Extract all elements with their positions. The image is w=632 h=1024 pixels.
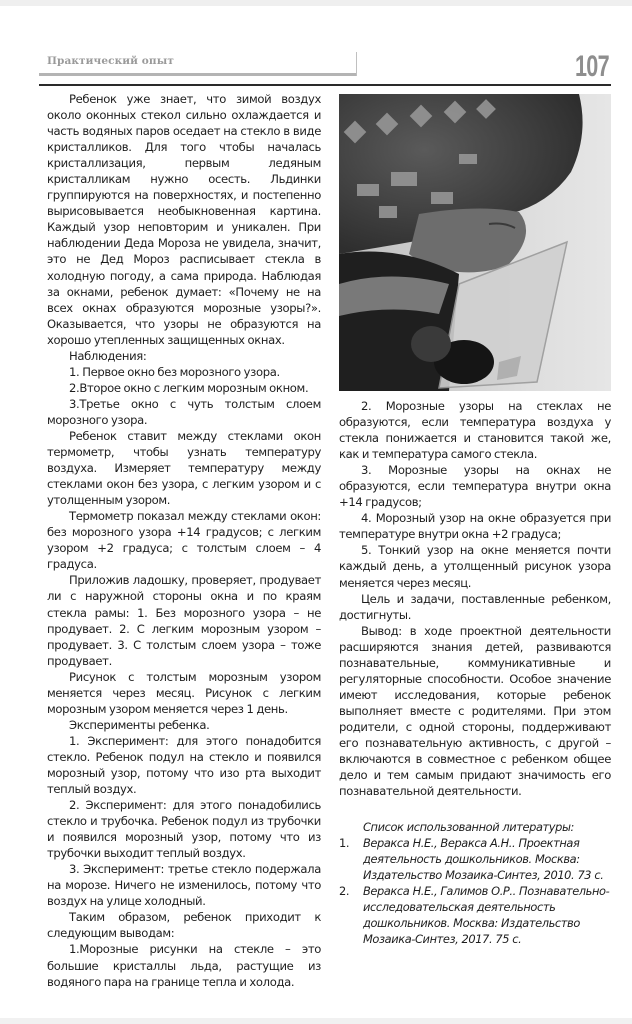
header-underline-bar bbox=[39, 73, 357, 76]
reference-number: 2. bbox=[339, 883, 349, 899]
reference-text: Веракса Н.Е., Галимов О.Р.. Познавательн… bbox=[363, 884, 609, 946]
observations-heading: Наблюдения: bbox=[47, 348, 321, 364]
photo-image bbox=[339, 94, 611, 391]
body-paragraph: Термометр показал между стеклами окон: б… bbox=[47, 508, 321, 572]
reference-item: 2. Веракса Н.Е., Галимов О.Р.. Познавате… bbox=[339, 883, 611, 947]
experiment-item: 1. Эксперимент: для этого понадобится ст… bbox=[47, 733, 321, 797]
reference-number: 1. bbox=[339, 835, 349, 851]
header-bar-tick bbox=[356, 52, 357, 76]
left-column: Ребенок уже знает, что зимой воздух окол… bbox=[47, 91, 321, 990]
section-title: Практический опыт bbox=[47, 55, 174, 67]
body-paragraph: Таким образом, ребенок приходит к следую… bbox=[47, 909, 321, 941]
reference-item: 1. Веракса Н.Е., Веракса А.Н.. Проектная… bbox=[339, 835, 611, 883]
right-column: 2. Морозные узоры на стеклах не образуют… bbox=[339, 398, 611, 799]
experiments-heading: Эксперименты ребенка. bbox=[47, 717, 321, 733]
conclusion-item: 5. Тонкий узор на окне меняется почти ка… bbox=[339, 542, 611, 590]
child-with-glass-photo-icon bbox=[339, 94, 611, 391]
references-list: 1. Веракса Н.Е., Веракса А.Н.. Проектная… bbox=[339, 835, 611, 947]
body-paragraph: Ребенок ставит между стеклами окон термо… bbox=[47, 428, 321, 508]
goal-paragraph: Цель и задачи, поставленные ребенком, до… bbox=[339, 591, 611, 623]
bottom-edge-strip bbox=[0, 1018, 632, 1024]
intro-paragraph: Ребенок уже знает, что зимой воздух окол… bbox=[47, 91, 321, 348]
experiment-item: 2. Эксперимент: для этого понадобились с… bbox=[47, 797, 321, 861]
summary-paragraph: Вывод: в ходе проектной деятельности рас… bbox=[339, 623, 611, 800]
reference-text: Веракса Н.Е., Веракса А.Н.. Проектная де… bbox=[363, 836, 603, 882]
conclusion-item: 3. Морозные узоры на окнах не образуются… bbox=[339, 462, 611, 510]
top-edge-strip bbox=[0, 0, 632, 6]
body-paragraph: Рисунок с толстым морозным узором меняет… bbox=[47, 669, 321, 717]
experiment-item: 3. Эксперимент: третье стекло подержала … bbox=[47, 861, 321, 909]
observation-item: 2.Второе окно с легким морозным окном. bbox=[47, 380, 321, 396]
conclusion-item: 2. Морозные узоры на стеклах не образуют… bbox=[339, 398, 611, 462]
page-number: 107 bbox=[575, 50, 609, 84]
observation-item: 3.Третье окно с чуть толстым слоем мороз… bbox=[47, 396, 321, 428]
header-rule bbox=[39, 84, 611, 86]
body-paragraph: Приложив ладошку, проверяет, продувает л… bbox=[47, 572, 321, 668]
references-title: Список использованной литературы: bbox=[339, 819, 611, 835]
conclusion-item: 4. Морозный узор на окне образуется при … bbox=[339, 510, 611, 542]
references-section: Список использованной литературы: 1. Вер… bbox=[339, 819, 611, 947]
conclusion-item: 1.Морозные рисунки на стекле – это больш… bbox=[47, 941, 321, 989]
observation-item: 1. Первое окно без морозного узора. bbox=[47, 364, 321, 380]
